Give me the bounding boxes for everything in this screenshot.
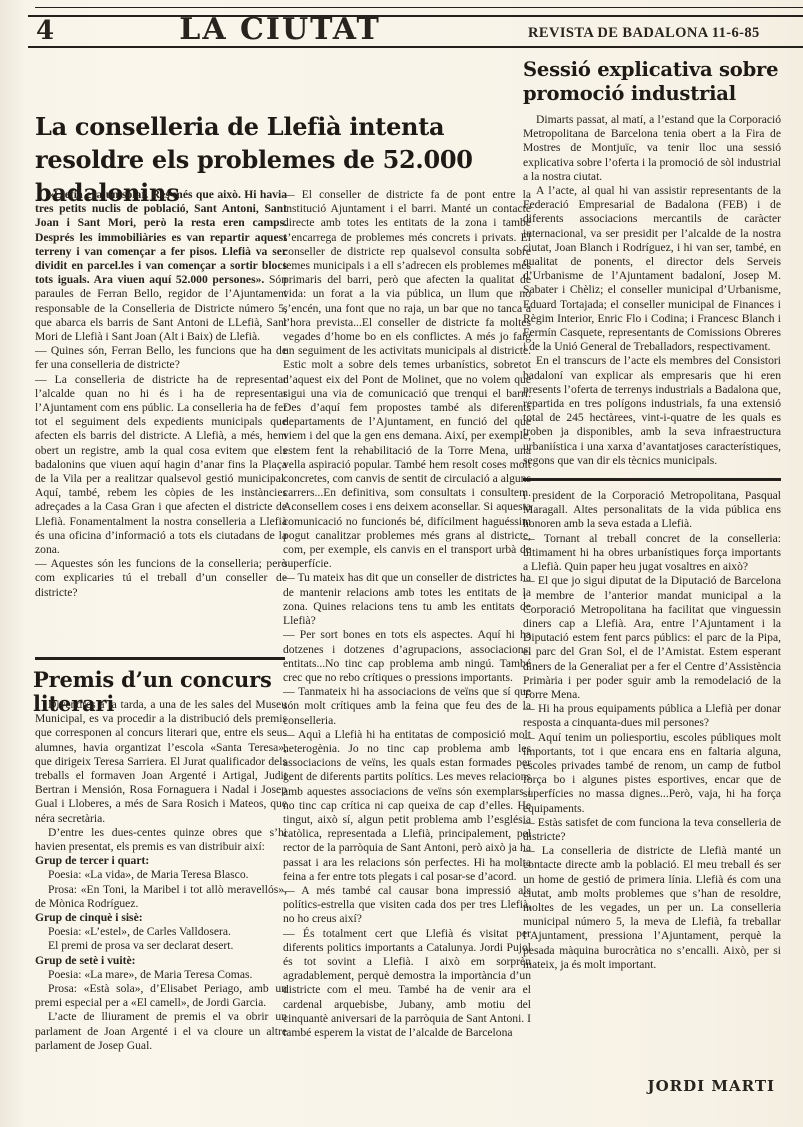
literary-paragraph: Divendres a la tarda, a una de les sales… bbox=[35, 698, 287, 826]
interview-continuation: i president de la Corporació Metropolita… bbox=[523, 489, 781, 532]
industrial-headline: Sessió explicativa sobre promoció indust… bbox=[523, 58, 781, 106]
masthead: REVISTA DE BADALONA 11-6-85 bbox=[528, 25, 788, 42]
interview-answer: — La conselleria de districte de Llefià … bbox=[523, 844, 781, 972]
literary-prize-item: Prosa: «Està sola», d’Elisabet Periago, … bbox=[35, 982, 287, 1010]
interview-answer: — Aquí tenim un poliesportiu, escoles pú… bbox=[523, 731, 781, 816]
interview-column-1: «Llefià era un solar. Res més que això. … bbox=[35, 188, 287, 652]
literary-closing-paragraph: L’acte de lliurament de premis el va obr… bbox=[35, 1010, 287, 1053]
industrial-paragraph: Dimarts passat, al matí, a l’estand que … bbox=[523, 113, 781, 184]
literary-group-heading: Grup de cinquè i sisè: bbox=[35, 911, 287, 925]
interview-question: — Tanmateix hi ha associacions de veïns … bbox=[283, 685, 531, 728]
interview-answer: — El que jo sigui diputat de la Diputaci… bbox=[523, 574, 781, 702]
byline: JORDI MARTI bbox=[523, 1077, 775, 1095]
right-column: Sessió explicativa sobre promoció indust… bbox=[523, 58, 781, 1073]
divider bbox=[523, 478, 781, 481]
literary-group-heading: Grup de tercer i quart: bbox=[35, 854, 287, 868]
interview-answer: — Per sort bones en tots els aspectes. A… bbox=[283, 628, 531, 685]
section-title: LA CIUTAT bbox=[0, 12, 560, 47]
literary-prize-item: Poesia: «La vida», de Maria Teresa Blasc… bbox=[35, 868, 287, 882]
interview-answer: — La conselleria de districte ha de repr… bbox=[35, 373, 287, 558]
interview-question: — Hi ha prous equipaments pública a Llef… bbox=[523, 702, 781, 730]
interview-question: — Tornant al treball concret de la conse… bbox=[523, 532, 781, 575]
interview-lead-paragraph: «Llefià era un solar. Res més que això. … bbox=[35, 188, 287, 344]
divider bbox=[35, 657, 285, 660]
interview-question: — Tu mateix has dit que un conseller de … bbox=[283, 571, 531, 628]
interview-question: — Estàs satisfet de com funciona la teva… bbox=[523, 816, 781, 844]
newspaper-page: 4 LA CIUTAT REVISTA DE BADALONA 11-6-85 … bbox=[0, 0, 803, 1127]
divider bbox=[35, 7, 803, 8]
interview-column-2: — El conseller de districte fa de pont e… bbox=[283, 188, 531, 1118]
literary-prize-item: Prosa: «En Toni, la Maribel i tot allò m… bbox=[35, 883, 287, 911]
literary-prize-item: El premi de prosa va ser declarat desert… bbox=[35, 939, 287, 953]
interview-answer: — És totalment cert que Llefià és visita… bbox=[283, 927, 531, 1041]
literary-group-heading: Grup de setè i vuitè: bbox=[35, 954, 287, 968]
interview-question: — A més també cal causar bona impressió … bbox=[283, 884, 531, 927]
literary-article: Divendres a la tarda, a una de les sales… bbox=[35, 698, 287, 1122]
literary-prize-item: Poesia: «L’estel», de Carles Valldosera. bbox=[35, 925, 287, 939]
literary-prize-item: Poesia: «La mare», de Maria Teresa Comas… bbox=[35, 968, 287, 982]
interview-lead-quote: «Llefià era un solar. Res més que això. … bbox=[35, 188, 287, 286]
literary-paragraph: D’entre les dues-centes quinze obres que… bbox=[35, 826, 287, 854]
interview-answer: — El conseller de districte fa de pont e… bbox=[283, 188, 531, 571]
interview-answer: — Aquì a Llefià hi ha entitatas de compo… bbox=[283, 728, 531, 884]
interview-question: — Quines són, Ferran Bello, les funcions… bbox=[35, 344, 287, 372]
interview-question: — Aquestes són les funcions de la consel… bbox=[35, 557, 287, 600]
industrial-paragraph: En el transcurs de l’acte els membres de… bbox=[523, 354, 781, 468]
industrial-paragraph: A l’acte, al qual hi van assistir repres… bbox=[523, 184, 781, 354]
